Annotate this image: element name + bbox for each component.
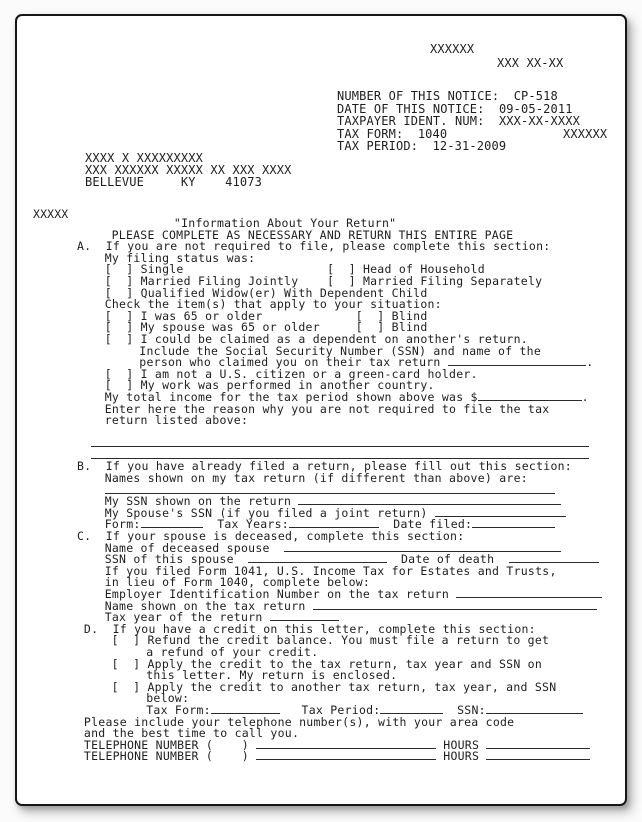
form-line: [ ] Married Filing Jointly [ ] Married F… bbox=[77, 274, 625, 286]
form-line: Employer Identification Number on the ta… bbox=[77, 587, 625, 599]
form-line: [ ] Refund the credit balance. You must … bbox=[77, 633, 625, 645]
form-line: [ ] I could be claimed as a dependent on… bbox=[77, 332, 625, 344]
form-line: Tax year of the return bbox=[77, 610, 625, 622]
notice-code-top: XXXXXX bbox=[430, 43, 474, 55]
form-line: in lieu of Form 1040, complete below: bbox=[77, 575, 625, 587]
form-line: My total income for the tax period shown… bbox=[77, 390, 625, 402]
blank-field bbox=[486, 703, 583, 714]
form-body: "Information About Your Return"PLEASE CO… bbox=[77, 216, 625, 761]
notice-field-value: 12-31-2009 bbox=[433, 139, 507, 153]
form-line: [ ] My spouse was 65 or older [ ] Blind bbox=[77, 320, 625, 332]
form-line: a refund of your credit. bbox=[77, 645, 625, 657]
form-line: Form: Tax Years: Date filed: bbox=[77, 517, 625, 529]
form-line: My Spouse's SSN (if you filed a joint re… bbox=[77, 506, 625, 518]
form-line: [ ] Qualified Widow(er) With Dependent C… bbox=[77, 286, 625, 298]
blank-field bbox=[435, 506, 567, 517]
form-text: HOURS bbox=[436, 749, 486, 763]
blank-field bbox=[472, 517, 555, 528]
form-line: Tax Form: Tax Period: SSN: bbox=[77, 703, 625, 715]
blank-field bbox=[448, 355, 586, 366]
blank-field bbox=[289, 517, 379, 528]
blank-field bbox=[478, 390, 582, 401]
form-line: Include the Social Security Number (SSN)… bbox=[77, 344, 625, 356]
form-line: return listed above: bbox=[77, 413, 625, 425]
blank-field bbox=[509, 552, 599, 563]
notice-field-value: CP-518 bbox=[514, 89, 558, 103]
form-line: Name of deceased spouse bbox=[77, 541, 625, 553]
section-c-heading: C. If your spouse is deceased, complete … bbox=[77, 529, 625, 541]
section-b-heading: B. If you have already filed a return, p… bbox=[77, 459, 625, 471]
address-line: BELLEVUE KY 41073 bbox=[85, 176, 292, 188]
blank-field bbox=[284, 541, 561, 552]
blank-field bbox=[270, 610, 339, 621]
form-line: [ ] I am not a U.S. citizen or a green-c… bbox=[77, 367, 625, 379]
form-line: My SSN shown on the return bbox=[77, 494, 625, 506]
form-line: [ ] I was 65 or older [ ] Blind bbox=[77, 309, 625, 321]
form-line: If you filed Form 1041, U.S. Income Tax … bbox=[77, 564, 625, 576]
notice-field-label: TAX PERIOD: bbox=[337, 139, 418, 153]
form-line: [ ] My work was performed in another cou… bbox=[77, 378, 625, 390]
blank-field bbox=[456, 587, 601, 598]
blank-field bbox=[211, 703, 280, 714]
blank-field bbox=[256, 749, 436, 760]
form-line: My filing status was: bbox=[77, 251, 625, 263]
blank-field bbox=[380, 703, 442, 714]
form-line bbox=[77, 425, 625, 437]
blank-field bbox=[248, 552, 386, 563]
form-line bbox=[77, 436, 625, 448]
form-line: this letter. My return is enclosed. bbox=[77, 668, 625, 680]
blank-field bbox=[91, 436, 589, 447]
blank-field bbox=[105, 483, 555, 494]
blank-field bbox=[298, 494, 561, 505]
notice-page: XXXXXX XXX XX-XX NUMBER OF THIS NOTICE:C… bbox=[15, 14, 627, 806]
form-line: SSN of this spouse Date of death bbox=[77, 552, 625, 564]
notice-line: TAX PERIOD:12-31-2009 bbox=[337, 140, 580, 153]
form-line: TELEPHONE NUMBER ( ) HOURS bbox=[77, 749, 625, 761]
form-line: and the best time to call you. bbox=[77, 726, 625, 738]
blank-field bbox=[486, 738, 590, 749]
recipient-address: XXXX X XXXXXXXXXXXX XXXXXX XXXXX XX XXX … bbox=[85, 152, 292, 188]
section-a-heading: A. If you are not required to file, plea… bbox=[77, 239, 625, 251]
form-line: Check the item(s) that apply to your sit… bbox=[77, 297, 625, 309]
blank-field bbox=[313, 599, 597, 610]
blank-field bbox=[256, 738, 436, 749]
notice-info-block: NUMBER OF THIS NOTICE:CP-518DATE OF THIS… bbox=[337, 90, 580, 153]
form-line: Names shown on my tax return (if differe… bbox=[77, 471, 625, 483]
blank-field bbox=[486, 749, 590, 760]
form-line: person who claimed you on their tax retu… bbox=[77, 355, 625, 367]
form-line bbox=[77, 448, 625, 460]
notice-field-value: XXX-XX-XXXX bbox=[499, 114, 580, 128]
form-title: "Information About Your Return" bbox=[77, 216, 625, 228]
form-text: TELEPHONE NUMBER ( ) bbox=[84, 749, 256, 763]
form-line: [ ] Apply the credit to the tax return, … bbox=[77, 657, 625, 669]
form-subtitle: PLEASE COMPLETE AS NECESSARY AND RETURN … bbox=[77, 228, 625, 240]
blank-field bbox=[91, 448, 589, 459]
form-line: Please include your telephone number(s),… bbox=[77, 715, 625, 727]
blank-field bbox=[141, 517, 203, 528]
left-margin-code: XXXXX bbox=[33, 208, 68, 220]
section-d-heading: D. If you have a credit on this letter, … bbox=[77, 622, 625, 634]
form-line: TELEPHONE NUMBER ( ) HOURS bbox=[77, 738, 625, 750]
form-line: below: bbox=[77, 691, 625, 703]
notice-code-secondary: XXX XX-XX bbox=[497, 57, 563, 69]
notice-extra-code: XXXXXX bbox=[563, 128, 607, 140]
form-line: Name shown on the tax return bbox=[77, 599, 625, 611]
form-line: Enter here the reason why you are not re… bbox=[77, 402, 625, 414]
form-line bbox=[77, 483, 625, 495]
form-line: [ ] Single [ ] Head of Household bbox=[77, 262, 625, 274]
form-line: [ ] Apply the credit to another tax retu… bbox=[77, 680, 625, 692]
